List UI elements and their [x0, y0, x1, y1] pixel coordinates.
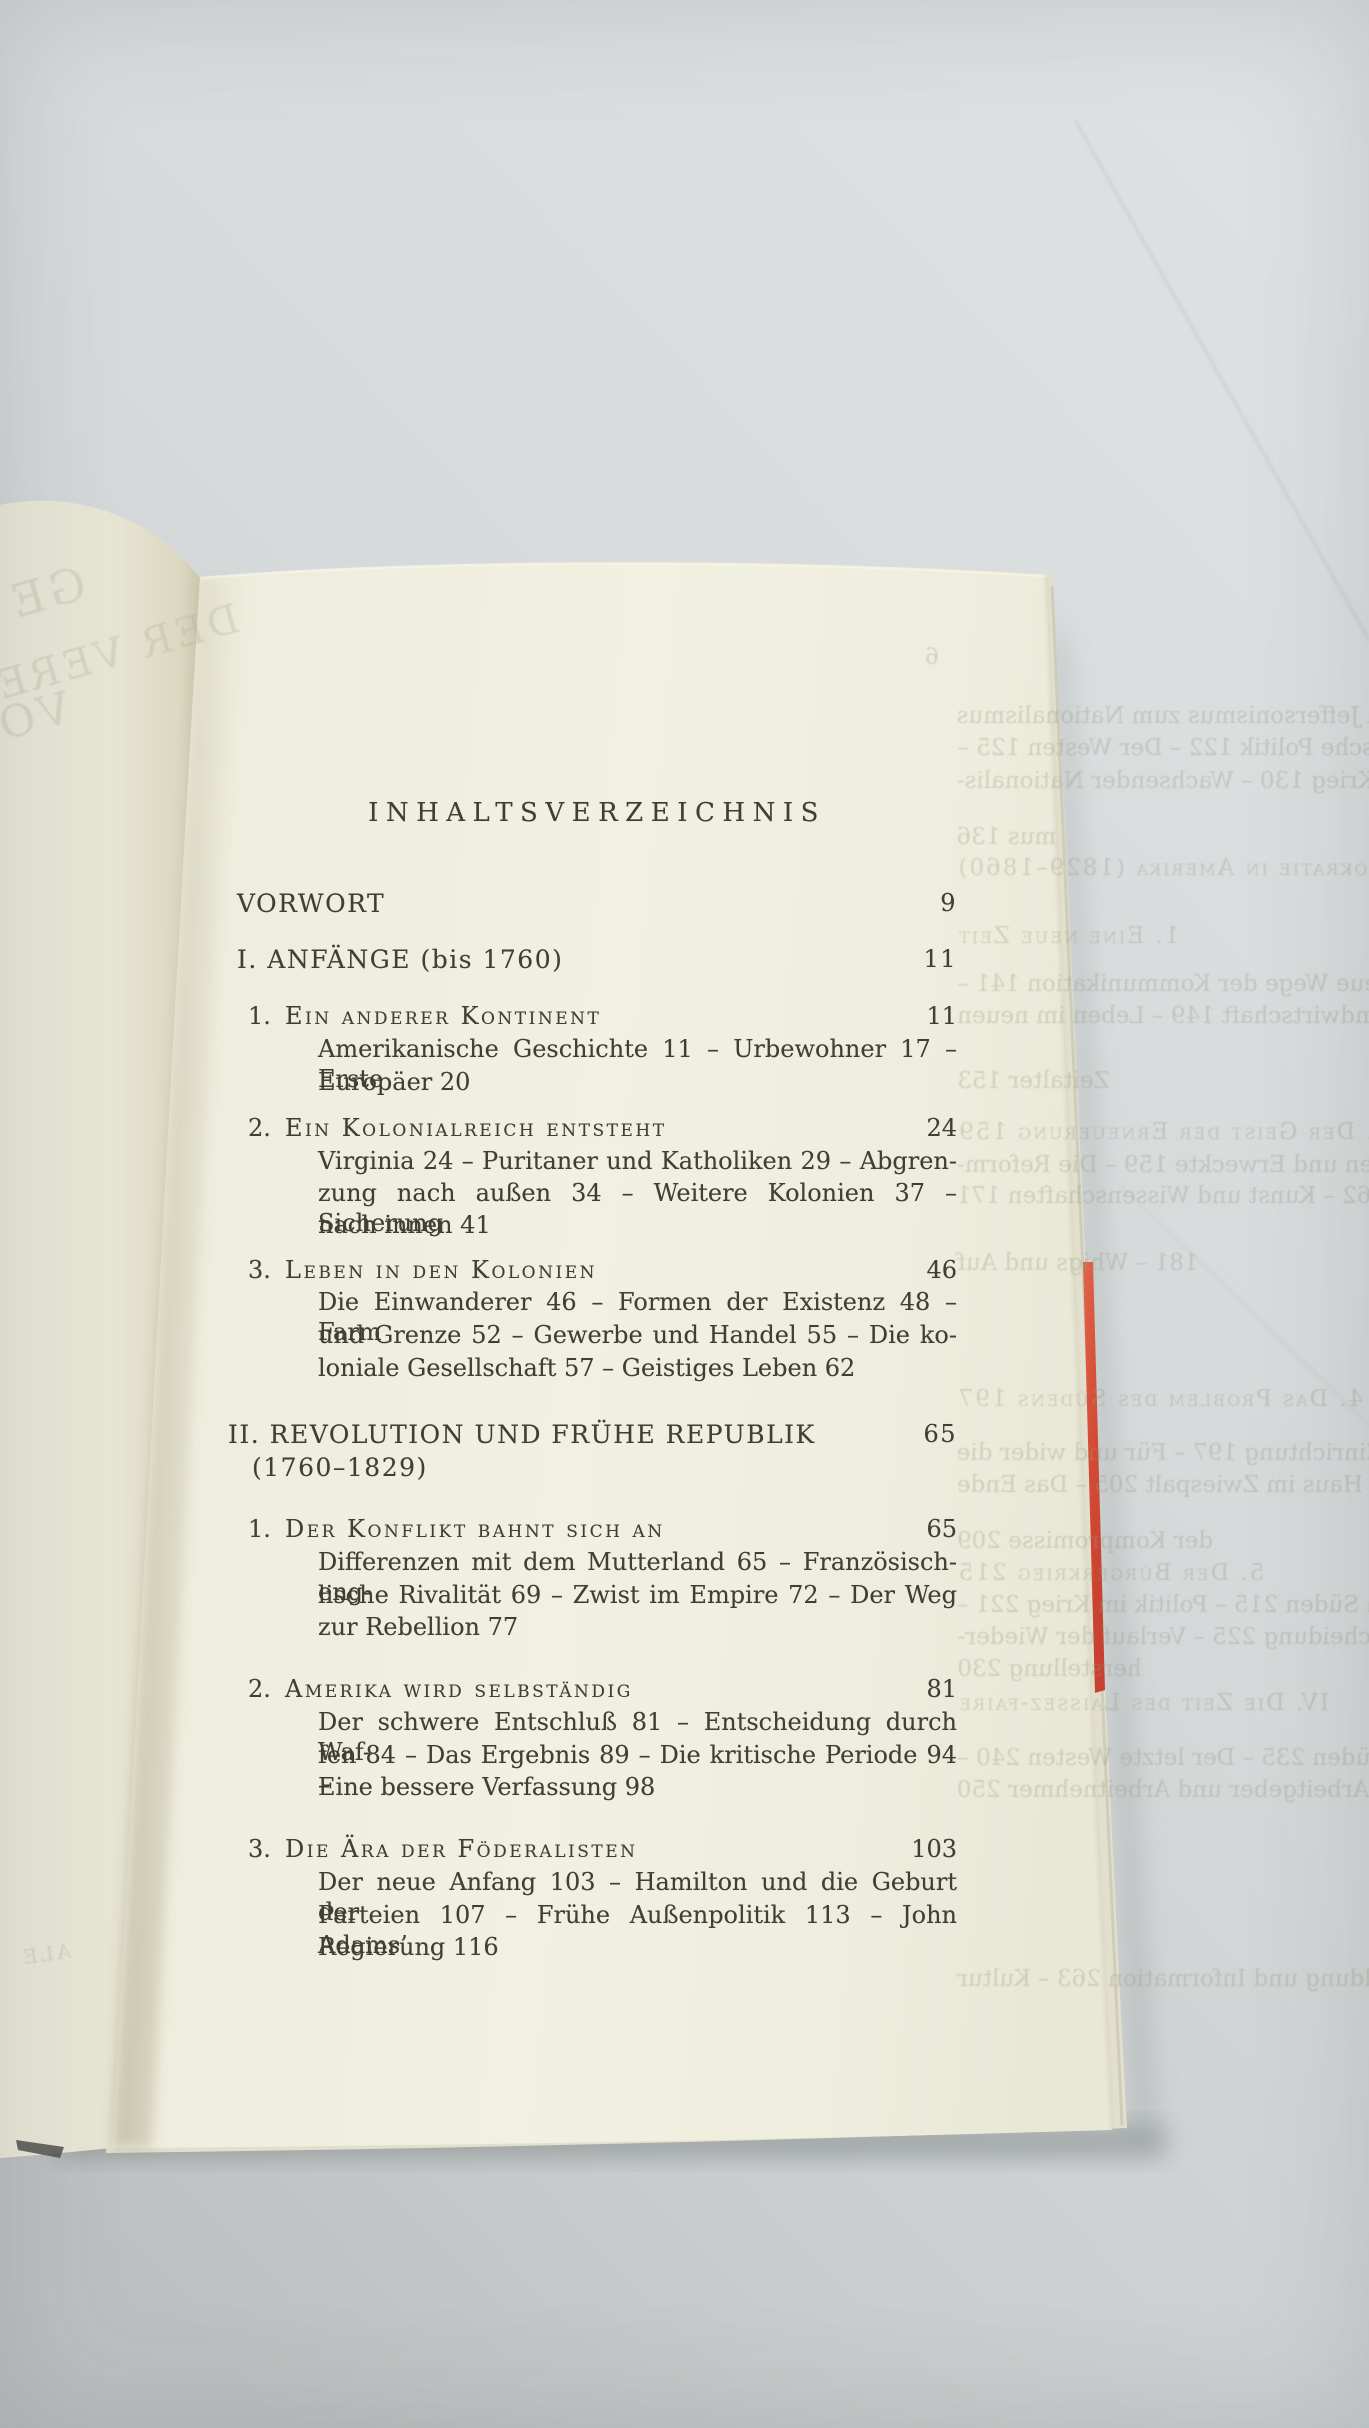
toc-entry: 1.Der Konflikt bahnt sich an 65: [248, 1514, 957, 1544]
toc-entry-page: 103: [911, 1834, 957, 1864]
toc-entry-page: 65: [926, 1514, 957, 1544]
toc-entry-subtitle: (1760–1829): [252, 1452, 428, 1483]
toc-entry: VORWORT 9: [237, 888, 957, 919]
toc-entry-page: 24: [926, 1113, 957, 1143]
toc-entry-number: 2.: [248, 1113, 285, 1143]
toc-entry: 1.Ein anderer Kontinent 11: [248, 1001, 957, 1031]
toc-entry-number: 1.: [248, 1001, 285, 1031]
toc-subline: Europäer 20: [318, 1067, 957, 1097]
toc-subline: loniale Gesellschaft 57 – Geistiges Lebe…: [318, 1353, 957, 1383]
toc-subline: nach innen 41: [318, 1210, 957, 1240]
toc-entry-page: 46: [926, 1255, 957, 1285]
toc-subline: Virginia 24 – Puritaner und Katholiken 2…: [318, 1146, 957, 1176]
toc-entry-label: II. REVOLUTION UND FRÜHE REPUBLIK: [228, 1419, 816, 1450]
toc-entry-number: 3.: [248, 1255, 285, 1285]
toc-entry: I. ANFÄNGE (bis 1760) 11: [237, 944, 957, 975]
toc-subline: Regierung 116: [318, 1932, 957, 1962]
toc-entry: 2.Amerika wird selbständig 81: [248, 1674, 957, 1704]
book-photo: 6 4. Vom Jeffersonismus zum Nationalismu…: [0, 0, 1369, 2428]
toc-entry-label: Leben in den Kolonien: [285, 1256, 597, 1284]
toc-entry-label: Ein Kolonialreich entsteht: [285, 1114, 667, 1142]
page-title: INHALTSVERZEICHNIS: [237, 798, 957, 828]
toc-entry-page: 65: [923, 1419, 957, 1449]
toc-entry-label: I. ANFÄNGE (bis 1760): [237, 944, 563, 975]
toc-entry-label: VORWORT: [237, 888, 385, 919]
toc-entry-page: 81: [926, 1674, 957, 1704]
toc-entry-page: 11: [926, 1001, 957, 1031]
toc-subline: und Grenze 52 – Gewerbe und Handel 55 – …: [318, 1320, 957, 1350]
toc-entry-label: Die Ära der Föderalisten: [285, 1835, 637, 1863]
toc-subline: Eine bessere Verfassung 98: [318, 1772, 957, 1802]
toc-entry-label: Amerika wird selbständig: [285, 1675, 633, 1703]
toc-entry-number: 3.: [248, 1834, 285, 1864]
toc-subline: zur Rebellion 77: [318, 1612, 957, 1642]
table-of-contents: INHALTSVERZEICHNIS VORWORT 9 I. ANFÄNGE …: [0, 0, 1369, 2428]
toc-entry-number: 1.: [248, 1514, 285, 1544]
toc-entry-page: 9: [940, 888, 957, 918]
toc-entry-number: 2.: [248, 1674, 285, 1704]
toc-entry: 3.Leben in den Kolonien 46: [248, 1255, 957, 1285]
toc-subline: lische Rivalität 69 – Zwist im Empire 72…: [318, 1580, 957, 1610]
toc-entry: II. REVOLUTION UND FRÜHE REPUBLIK 65: [228, 1419, 957, 1450]
toc-entry-page: 11: [923, 944, 957, 974]
toc-entry: 3.Die Ära der Föderalisten 103: [248, 1834, 957, 1864]
toc-entry-label: Ein anderer Kontinent: [285, 1002, 601, 1030]
toc-entry-label: Der Konflikt bahnt sich an: [285, 1515, 665, 1543]
toc-entry: 2.Ein Kolonialreich entsteht 24: [248, 1113, 957, 1143]
